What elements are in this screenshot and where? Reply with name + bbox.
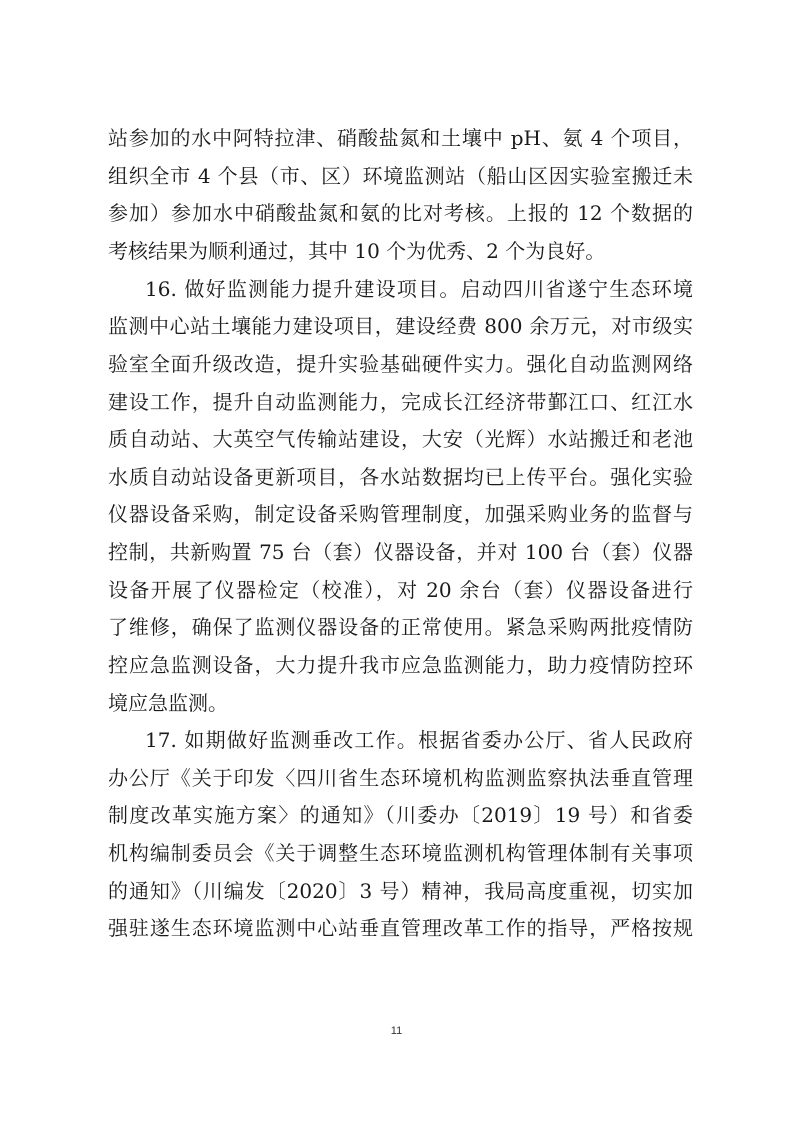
text-line: 控制，共新购置 75 台（套）仪器设备，并对 100 台（套）仪器 [108,538,693,566]
text-line: 机构编制委员会《关于调整生态环境监测机构管理体制有关事项 [108,839,693,867]
document-page: 站参加的水中阿特拉津、硝酸盐氮和土壤中 pH、氨 4 个项目， 组织全市 4 个… [0,0,793,1122]
text-line: 设备开展了仪器检定（校准），对 20 余台（套）仪器设备进行 [108,576,693,604]
text-line: 的通知》（川编发〔2020〕3 号）精神，我局高度重视，切实加 [108,877,693,905]
text-line: 了维修，确保了监测仪器设备的正常使用。紧急采购两批疫情防 [108,613,693,641]
text-line: 制度改革实施方案〉的通知》（川委办〔2019〕19 号）和省委 [108,801,693,829]
text-line: 建设工作，提升自动监测能力，完成长江经济带鄞江口、红江水 [108,388,693,416]
text-line: 组织全市 4 个县（市、区）环境监测站（船山区因实验室搬迁未 [108,162,693,190]
text-line: 考核结果为顺利通过，其中 10 个为优秀、2 个为良好。 [108,237,693,265]
text-line: 参加）参加水中硝酸盐氮和氨的比对考核。上报的 12 个数据的 [108,199,693,227]
page-number: 11 [0,1025,793,1037]
text-line: 监测中心站土壤能力建设项目，建设经费 800 余万元，对市级实 [108,312,693,340]
text-line: 仪器设备采购，制定设备采购管理制度，加强采购业务的监督与 [108,500,693,528]
text-line: 质自动站、大英空气传输站建设，大安（光辉）水站搬迁和老池 [108,425,693,453]
text-line: 强驻遂生态环境监测中心站垂直管理改革工作的指导，严格按规 [108,914,693,942]
text-line: 境应急监测。 [108,689,693,717]
text-line: 控应急监测设备，大力提升我市应急监测能力，助力疫情防控环 [108,651,693,679]
text-line: 站参加的水中阿特拉津、硝酸盐氮和土壤中 pH、氨 4 个项目， [108,124,693,152]
paragraph-heading-line: 17. 如期做好监测垂改工作。根据省委办公厅、省人民政府 [145,726,693,754]
paragraph-heading-line: 16. 做好监测能力提升建设项目。启动四川省遂宁生态环境 [145,275,693,303]
text-line: 办公厅《关于印发〈四川省生态环境机构监测监察执法垂直管理 [108,764,693,792]
text-line: 验室全面升级改造，提升实验基础硬件实力。强化自动监测网络 [108,350,693,378]
text-line: 水质自动站设备更新项目，各水站数据均已上传平台。强化实验 [108,463,693,491]
